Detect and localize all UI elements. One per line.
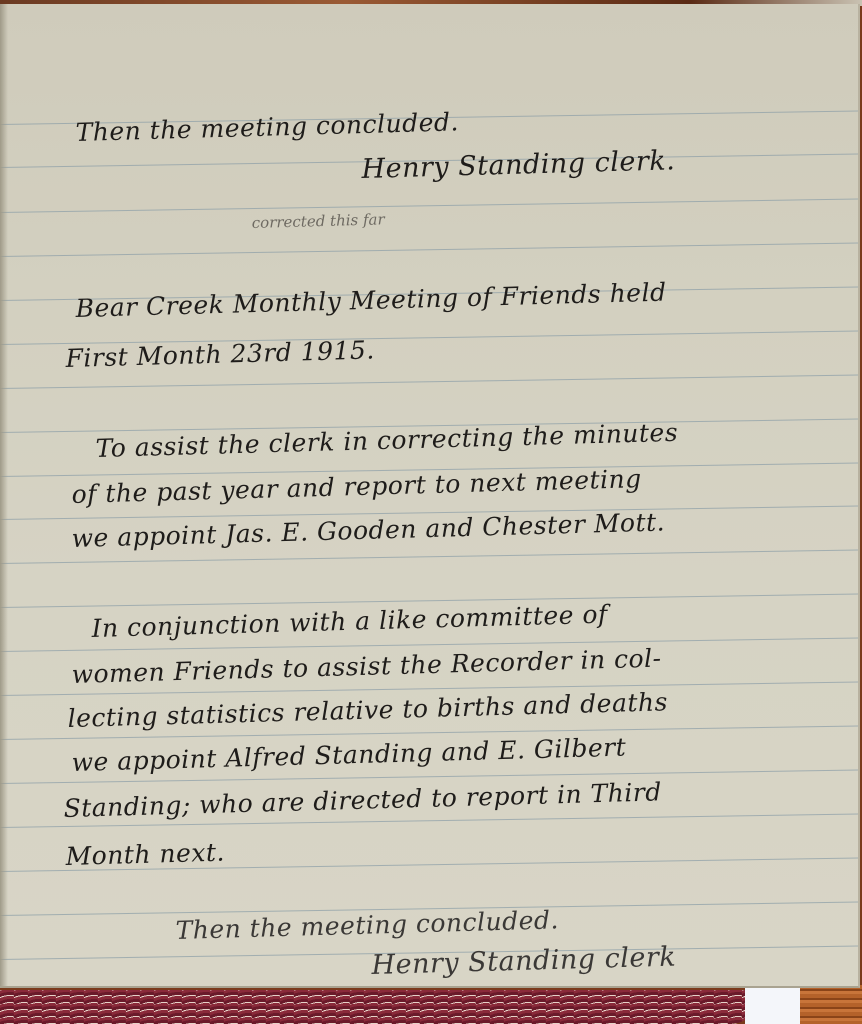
pencil-note: corrected this far xyxy=(251,210,384,232)
ruled-line xyxy=(0,198,860,213)
clerk-signature-previous: Henry Standing clerk. xyxy=(361,145,675,185)
clerk-signature: Henry Standing clerk xyxy=(371,942,676,981)
minute-2-line-4: we appoint Alfred Standing and E. Gilber… xyxy=(71,733,626,777)
minute-2-line-1: In conjunction with a like committee of xyxy=(91,600,608,643)
wooden-table-surface xyxy=(800,985,862,1024)
minute-2-line-2: women Friends to assist the Recorder in … xyxy=(71,644,662,689)
ledger-page: Then the meeting concluded. Henry Standi… xyxy=(0,4,860,988)
meeting-heading-line-1: Bear Creek Monthly Meeting of Friends he… xyxy=(75,278,667,323)
ruled-line xyxy=(0,374,860,389)
minute-2-line-6: Month next. xyxy=(65,838,225,871)
minute-1-line-1: To assist the clerk in correcting the mi… xyxy=(95,418,678,463)
background-gap xyxy=(745,988,800,1024)
marbled-page-edge xyxy=(0,990,760,1024)
minute-2-line-3: lecting statistics relative to births an… xyxy=(67,687,668,733)
minute-2-line-5: Standing; who are directed to report in … xyxy=(63,777,662,823)
closing-line-previous: Then the meeting concluded. xyxy=(75,107,459,147)
ruled-line xyxy=(0,242,860,257)
meeting-heading-line-2: First Month 23rd 1915. xyxy=(65,335,375,373)
minute-1-line-3: we appoint Jas. E. Gooden and Chester Mo… xyxy=(71,507,665,553)
